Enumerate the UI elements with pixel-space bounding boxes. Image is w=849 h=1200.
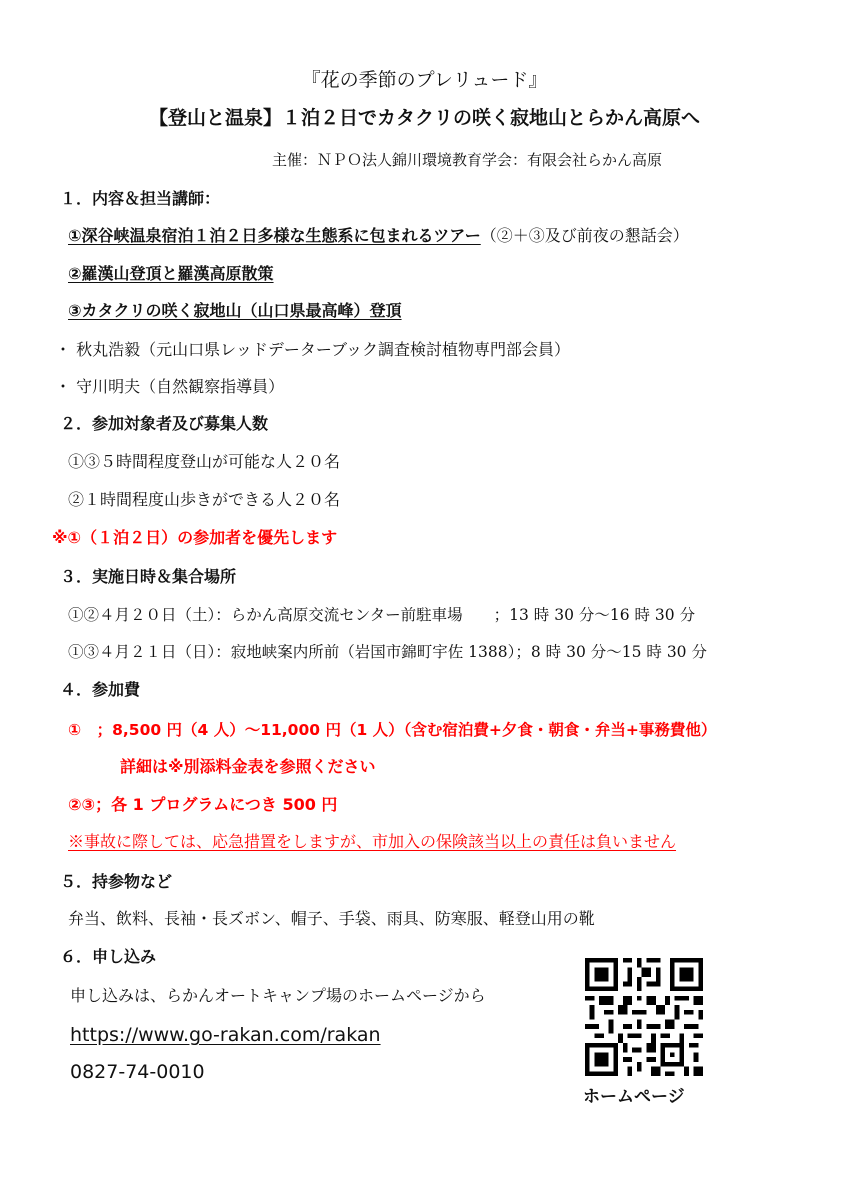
application-instruction: 申し込みは、らかんオートキャンプ場のホームページから [70,986,486,1006]
program-1-label: ①深谷峡温泉宿泊１泊２日多様な生態系に包まれるツアー [68,226,481,245]
section-2-heading: ２．参加対象者及び募集人数 [60,414,268,434]
program-1: ①深谷峡温泉宿泊１泊２日多様な生態系に包まれるツアー（②＋③及び前夜の懇話会） [68,226,689,246]
section-3-heading: ３．実施日時＆集合場所 [60,567,236,587]
section-4-heading: ４．参加費 [60,680,140,700]
program-2: ②羅漢山登頂と羅漢高原散策 [68,264,274,284]
fee-1: ① ；8,500 円（4 人）～11,000 円（1 人）（含む宿泊費+夕食・朝… [68,720,716,740]
document-subtitle: 【登山と温泉】１泊２日でカタクリの咲く寂地山とらかん高原へ [0,108,849,128]
fee-1-detail: 詳細は※別添料金表を参照ください [120,757,376,777]
schedule-2: ①③４月２１日（日）：寂地峡案内所前（岩国市錦町宇佐 1388）；8 時 30 … [68,642,707,662]
qr-code-label: ホームページ [583,1082,685,1107]
homepage-link[interactable]: https://www.go-rakan.com/rakan [70,1023,381,1047]
qr-code-icon[interactable] [585,958,703,1076]
disclaimer: ※事故に際しては、応急措置をしますが、市加入の保険該当以上の責任は負いません [68,832,676,852]
document-title: 『花の季節のプレリュード』 [0,70,849,90]
participants-1: ①③５時間程度登山が可能な人２０名 [68,452,340,472]
fee-2: ②③；各 1 プログラムにつき 500 円 [68,795,337,815]
instructor-1: ・ 秋丸浩毅（元山口県レッドデーターブック調査検討植物専門部会員） [55,340,570,360]
section-5-heading: ５．持参物など [60,872,172,892]
organizer-line: 主催：ＮＰＯ法人錦川環境教育学会：有限会社らかん高原 [272,150,662,170]
program-1-note: （②＋③及び前夜の懇話会） [481,226,689,245]
section-6-heading: ６．申し込み [60,947,156,967]
section-1-heading: １．内容＆担当講師： [60,189,220,209]
schedule-1: ①②４月２０日（土）：らかん高原交流センター前駐車場 ；13 時 30 分～16… [68,605,695,625]
participants-2: ②１時間程度山歩きができる人２０名 [68,490,340,510]
items-to-bring: 弁当、飲料、長袖・長ズボン、帽子、手袋、雨具、防寒服、軽登山用の靴 [68,909,595,929]
priority-note: ※①（１泊２日）の参加者を優先します [52,528,337,548]
instructor-2: ・ 守川明夫（自然観察指導員） [55,377,284,397]
program-3: ③カタクリの咲く寂地山（山口県最高峰）登頂 [68,301,402,321]
phone-number: 0827-74-0010 [70,1060,205,1084]
